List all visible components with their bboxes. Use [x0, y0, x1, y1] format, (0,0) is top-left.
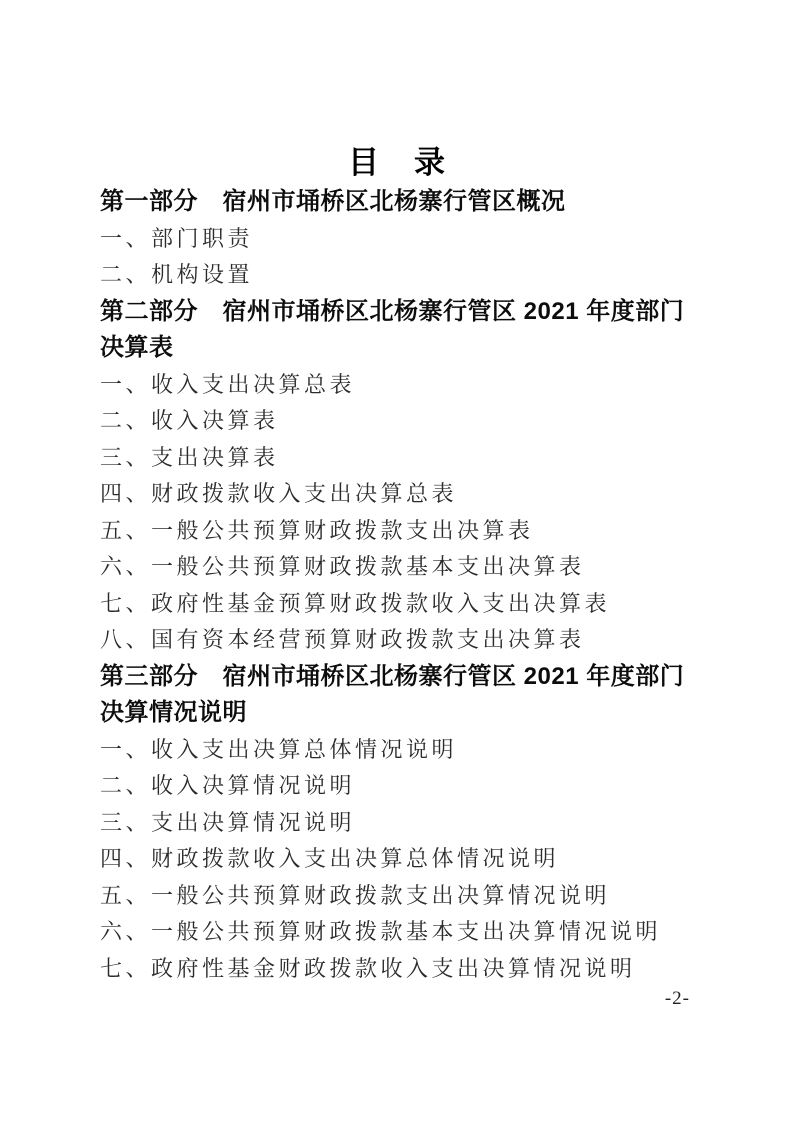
toc-entry: 七、政府性基金预算财政拨款收入支出决算表 — [100, 586, 695, 623]
section-2-heading: 第二部分 宿州市埇桥区北杨寨行管区 2021 年度部门决算表 — [100, 294, 695, 367]
section-1-heading: 第一部分 宿州市埇桥区北杨寨行管区概况 — [100, 184, 695, 221]
toc-entry: 六、一般公共预算财政拨款基本支出决算情况说明 — [100, 914, 695, 951]
toc-entry: 七、政府性基金财政拨款收入支出决算情况说明 — [100, 951, 695, 988]
toc-entry: 六、一般公共预算财政拨款基本支出决算表 — [100, 549, 695, 586]
document-page: 目 录 第一部分 宿州市埇桥区北杨寨行管区概况 一、部门职责 二、机构设置 第二… — [0, 0, 793, 1122]
toc-entry: 二、收入决算情况说明 — [100, 768, 695, 805]
toc-entry: 八、国有资本经营预算财政拨款支出决算表 — [100, 622, 695, 659]
toc-entry: 四、财政拨款收入支出决算总表 — [100, 476, 695, 513]
toc-entry: 一、部门职责 — [100, 221, 695, 258]
toc-entry: 一、收入支出决算总表 — [100, 367, 695, 404]
toc-entry: 五、一般公共预算财政拨款支出决算表 — [100, 513, 695, 550]
toc-title: 目 录 — [100, 141, 695, 184]
toc-entry: 三、支出决算表 — [100, 440, 695, 477]
section-3-heading: 第三部分 宿州市埇桥区北杨寨行管区 2021 年度部门决算情况说明 — [100, 659, 695, 732]
toc-entry: 二、收入决算表 — [100, 403, 695, 440]
toc-entry: 二、机构设置 — [100, 257, 695, 294]
toc-entry: 三、支出决算情况说明 — [100, 805, 695, 842]
toc-entry: 四、财政拨款收入支出决算总体情况说明 — [100, 841, 695, 878]
toc-entry: 五、一般公共预算财政拨款支出决算情况说明 — [100, 878, 695, 915]
toc-entry: 一、收入支出决算总体情况说明 — [100, 732, 695, 769]
page-number: -2- — [665, 988, 690, 1010]
